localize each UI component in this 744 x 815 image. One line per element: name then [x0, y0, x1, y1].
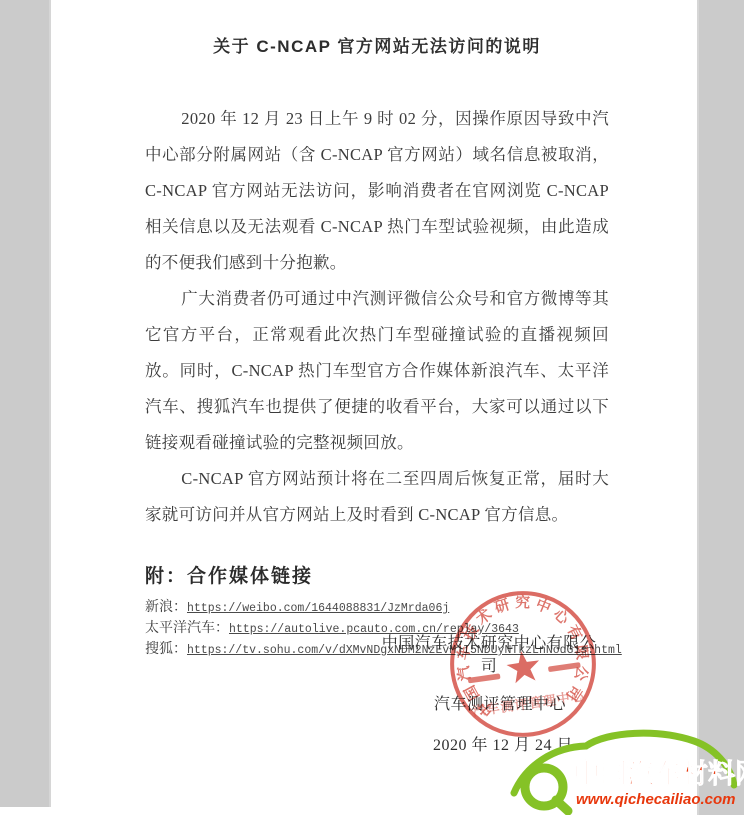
paragraph-incident: 2020 年 12 月 23 日上午 9 时 02 分，因操作原因导致中汽中心部… — [145, 101, 609, 281]
link-label-pcauto: 太平洋汽车： — [145, 621, 229, 636]
link-label-sohu: 搜狐： — [145, 642, 187, 657]
watermark-site-name: 中国汽车材料网 — [573, 759, 744, 789]
watermark-site-url: www.qichecailiao.com — [576, 791, 736, 808]
q-logo-tail — [556, 800, 568, 811]
scan-right-margin — [697, 0, 744, 815]
paragraph-alternatives: 广大消费者仍可通过中汽测评微信公众号和官方微博等其它官方平台，正常观看此次热门车… — [145, 281, 609, 461]
document-page: 关于 C-NCAP 官方网站无法访问的说明 2020 年 12 月 23 日上午… — [52, 0, 697, 815]
document-title: 关于 C-NCAP 官方网站无法访问的说明 — [145, 32, 609, 57]
site-watermark: 中国汽车材料网 www.qichecailiao.com — [506, 727, 744, 815]
stamp-star-icon — [505, 649, 542, 684]
scan-left-margin — [0, 0, 51, 807]
link-sina[interactable]: https://weibo.com/1644088831/JzMrda06j — [187, 602, 449, 615]
link-label-sina: 新浪： — [145, 600, 187, 615]
paragraph-recovery: C-NCAP 官方网站预计将在二至四周后恢复正常，届时大家就可访问并从官方网站上… — [145, 461, 609, 533]
stamp-inner-text: 汽车测评管理中心 — [471, 687, 585, 719]
